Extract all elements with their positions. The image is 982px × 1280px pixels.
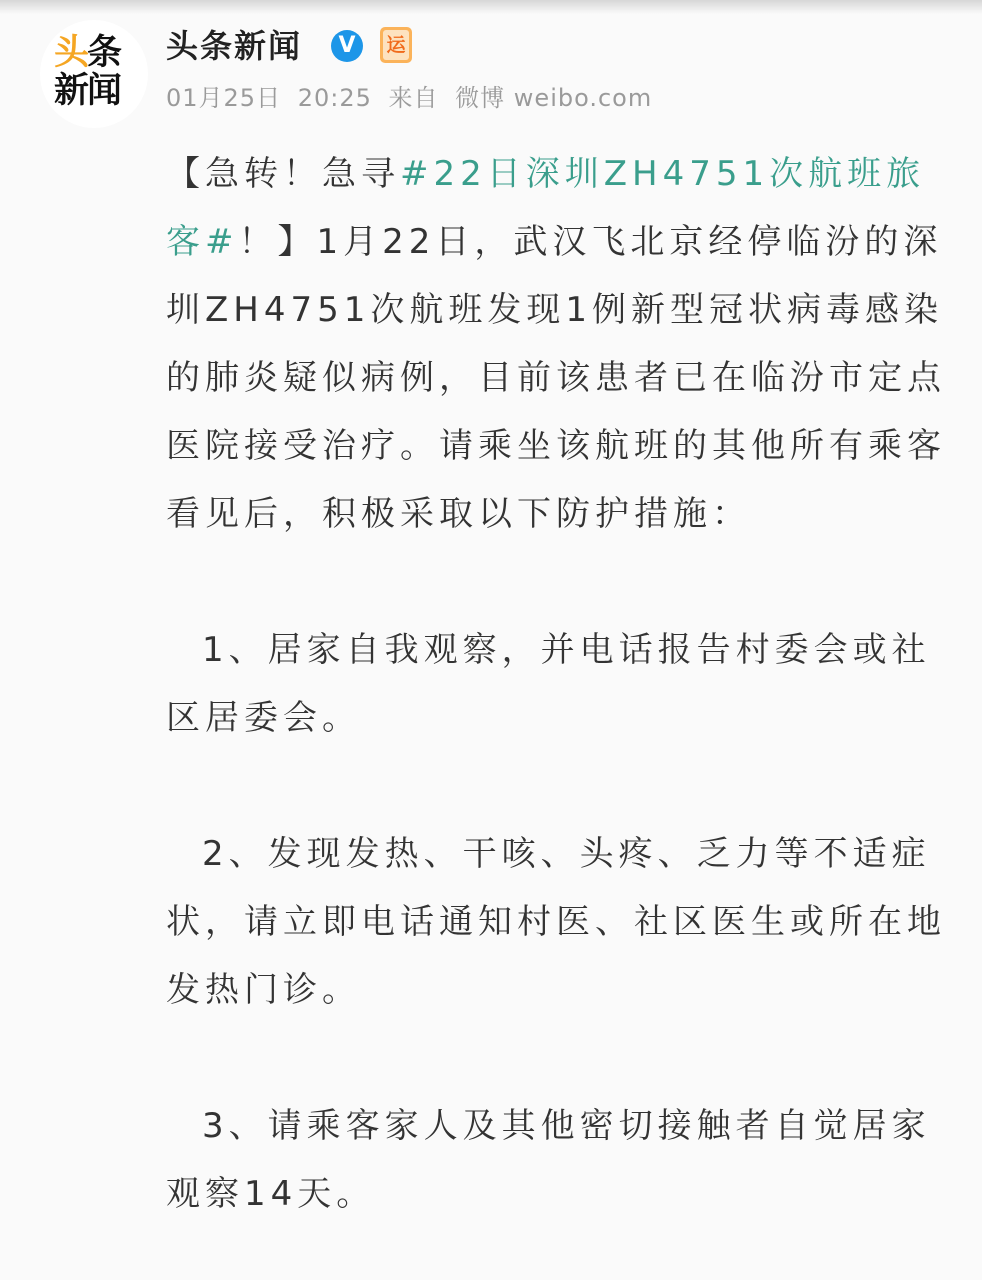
post-body: 【急转！急寻#22日深圳ZH4751次航班旅客#！】1月22日，武汉飞北京经停临… [166, 140, 946, 1228]
measure-item-1: 1、居家自我观察，并电话报告村委会或社区居委会。 [166, 616, 946, 752]
avatar-logo: 头条 新闻 [54, 34, 134, 110]
author-name[interactable]: 头条新闻 [166, 26, 302, 66]
avatar-logo-accent: 头 [54, 33, 87, 73]
measure-item-2: 2、发现发热、干咳、头疼、乏力等不适症状，请立即电话通知村医、社区医生或所在地发… [166, 820, 946, 1024]
intro-close: ！】 [239, 222, 317, 262]
avatar-logo-line2: 新闻 [54, 71, 120, 111]
paragraph-gap [166, 752, 946, 820]
post-header: 头条 新闻 头条新闻 V 运 01月25日 20:25 来自 微博 weibo.… [0, 0, 982, 130]
post-source[interactable]: 微博 weibo.com [455, 84, 652, 112]
verified-badge-icon: V [331, 30, 363, 62]
post-date: 01月25日 [166, 84, 281, 112]
sports-badge-glyph: 运 [383, 30, 409, 60]
top-shadow [0, 0, 982, 14]
source-prefix: 来自 [389, 84, 439, 112]
avatar-logo-rest: 条 [87, 33, 120, 73]
post-meta: 01月25日 20:25 来自 微博 weibo.com [166, 82, 660, 114]
sports-badge-icon[interactable]: 运 [380, 27, 412, 63]
intro-open: 【急转！急寻 [166, 154, 400, 194]
post-intro: 【急转！急寻#22日深圳ZH4751次航班旅客#！】1月22日，武汉飞北京经停临… [166, 140, 946, 548]
measure-item-3: 3、请乘客家人及其他密切接触者自觉居家观察14天。 [166, 1092, 946, 1228]
paragraph-gap [166, 1024, 946, 1092]
author-avatar[interactable]: 头条 新闻 [40, 20, 148, 128]
intro-body: 1月22日，武汉飞北京经停临汾的深圳ZH4751次航班发现1例新型冠状病毒感染的… [166, 222, 946, 534]
post-time: 20:25 [298, 84, 372, 112]
paragraph-gap [166, 548, 946, 616]
